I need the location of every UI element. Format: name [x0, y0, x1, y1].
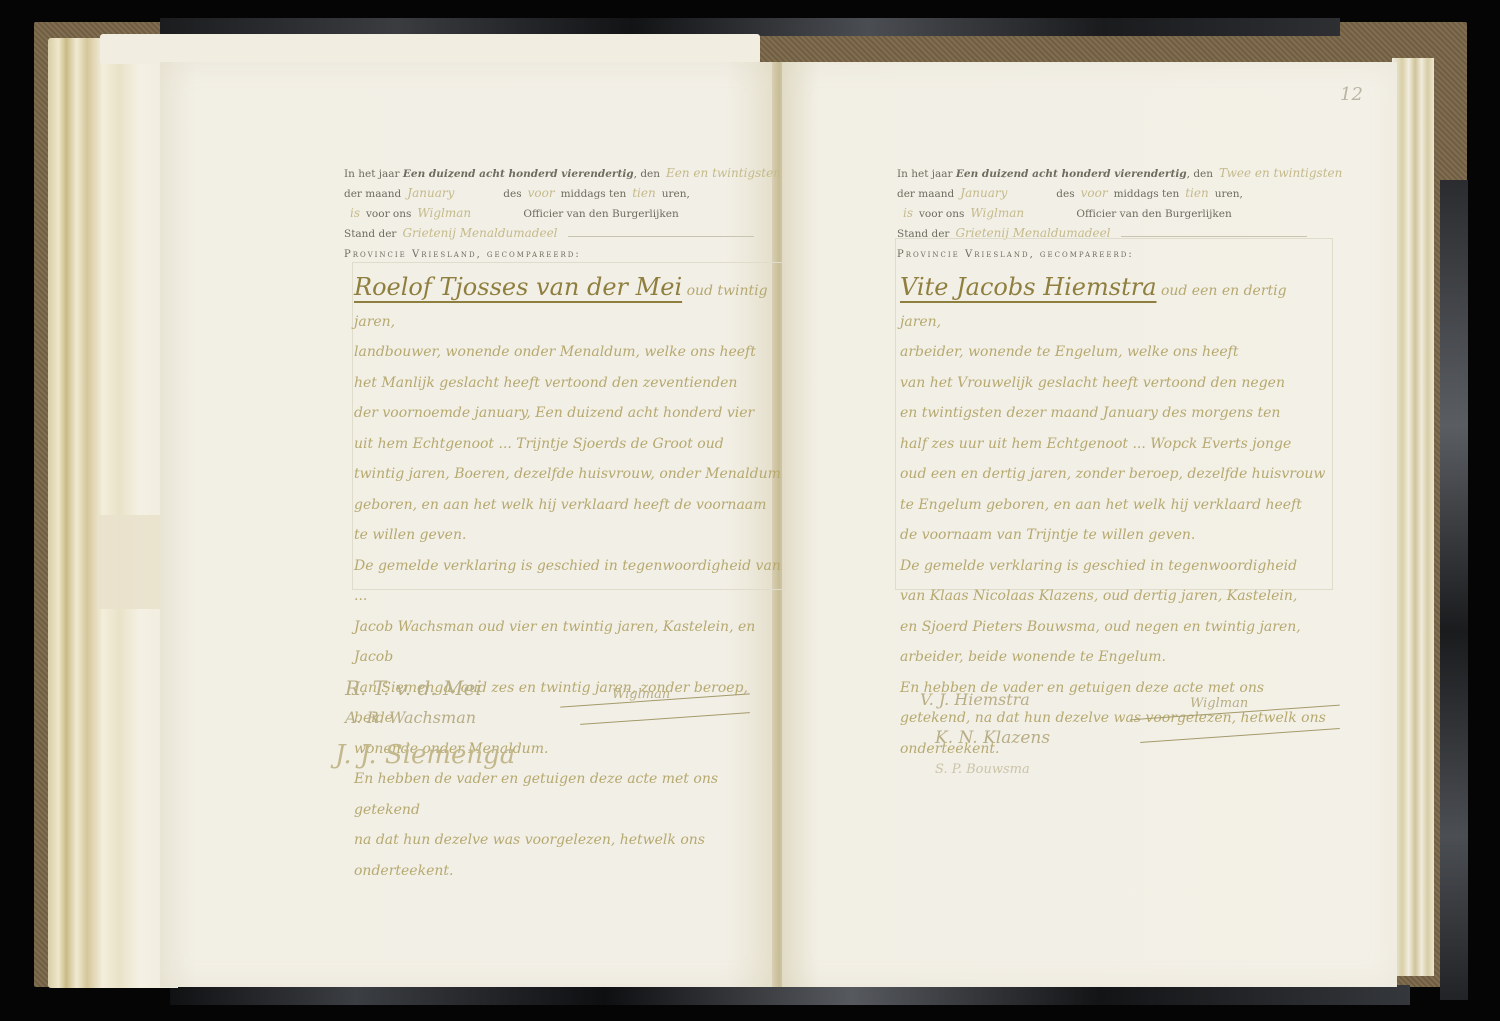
signature-father: R. T. v. d. Mei: [345, 676, 482, 700]
declarant-name: Roelof Tjosses van der Mei: [354, 273, 682, 301]
left-form-header: In het jaar Een duizend acht honderd vie…: [344, 160, 754, 260]
paper-slip: [97, 515, 161, 609]
signature-witness-2: S. P. Bouwsma: [935, 762, 1030, 777]
page-stack-right: [1392, 58, 1434, 976]
marbled-edge-right: [1440, 180, 1468, 1000]
signature-father: V. J. Hiemstra: [920, 690, 1030, 709]
signature-witness-1: K. N. Klazens: [935, 728, 1050, 748]
record-day: Twee en twintigsten: [1219, 166, 1342, 180]
page-top-edge: [100, 34, 760, 64]
page-stack-left: [48, 38, 178, 988]
signature-witness-1: A. R. Wachsman: [345, 708, 476, 727]
officer-name: Wiglman: [970, 206, 1070, 220]
signature-officer: Wiglman: [1190, 696, 1248, 711]
officer-name: Wiglman: [417, 206, 517, 220]
declarant-name: Vite Jacobs Hiemstra: [900, 273, 1157, 301]
record-day: Een en twintigsten: [666, 166, 781, 180]
record-month: January: [407, 186, 497, 200]
page-number: 12: [1340, 84, 1363, 105]
marbled-edge-bottom: [170, 985, 1410, 1005]
record-month: January: [960, 186, 1050, 200]
municipality: Grietenij Menaldumadeel: [402, 226, 557, 240]
left-record-body: Roelof Tjosses van der Mei oud twintig j…: [354, 272, 784, 886]
signature-witness-2: J. J. Siemenga: [335, 740, 515, 770]
